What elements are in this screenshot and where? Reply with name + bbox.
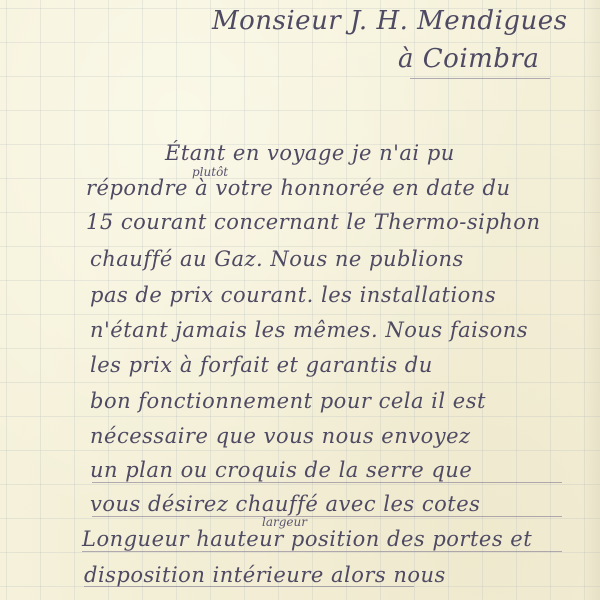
letter-line-11: vous désirez chauffé avec les cotes <box>90 492 480 516</box>
underline-rule-4 <box>84 586 414 587</box>
letter-line-1: Étant en voyage je n'ai pu <box>165 141 455 165</box>
letter-line-13: disposition intérieure alors nous <box>84 563 446 587</box>
underline-rule-3 <box>82 551 562 552</box>
letter-line-9: nécessaire que vous nous envoyez <box>90 424 471 448</box>
letter-line-7: les prix à forfait et garantis du <box>90 353 433 377</box>
addressee-city: à Coimbra <box>398 44 539 74</box>
city-underline <box>410 78 550 79</box>
letter-line-8: bon fonctionnement pour cela il est <box>90 389 486 413</box>
letter-line-2: répondre à votre honnorée en date du <box>86 176 510 200</box>
letter-line-6: n'étant jamais les mêmes. Nous faisons <box>90 318 528 342</box>
letter-line-3: 15 courant concernant le Thermo-siphon <box>86 210 540 234</box>
letter-line-12: Longueur hauteur position des portes et <box>82 527 532 551</box>
addressee-line: Monsieur J. H. Mendigues <box>212 6 567 36</box>
letter-line-5: pas de prix courant. les installations <box>90 283 496 307</box>
letter-line-10: un plan ou croquis de la serre que <box>90 458 472 482</box>
underline-rule-2 <box>92 516 562 517</box>
paper-fold-shadow <box>582 0 600 600</box>
letter-line-4: chauffé au Gaz. Nous ne publions <box>90 247 464 271</box>
underline-rule-1 <box>92 482 562 483</box>
